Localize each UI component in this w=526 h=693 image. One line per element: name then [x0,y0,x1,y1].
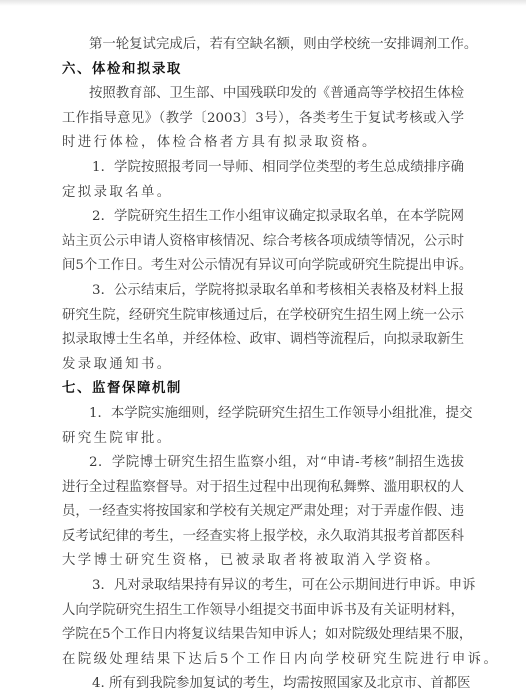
paragraph-line: 员，一经查实将按国家和学校有关规定严肃处理；对于弄虚作假、违 [62,500,464,525]
document-page: 第一轮复试完成后，若有空缺名额，则由学校统一安排调剂工作。 六、体检和拟录取 按… [62,33,464,693]
paragraph-line: 工作指导意见》（教学〔2003〕3号），各类考生于复试考核或入学 [62,107,464,132]
paragraph-line: 时进行体检，体检合格者方具有拟录取资格。 [62,131,464,156]
viewer-top-edge [0,0,526,6]
paragraph-line: 人向学院研究生招生工作领导小组提交书面申诉书及有关证明材料， [62,599,464,624]
paragraph-line: 拟录取博士生名单，并经体检、政审、调档等流程后，向拟录取新生 [62,328,464,353]
section-heading-6: 六、体检和拟录取 [62,58,464,83]
section-heading-7: 七、监督保障机制 [62,377,464,402]
list-item-line: 2．学院研究生招生工作小组审议确定拟录取名单，在本学院网 [62,205,464,230]
paragraph-line: 学院在5个工作日内将复议结果告知申诉人；如对院级处理结果不服， [62,623,464,648]
paragraph-line: 间5个工作日。考生对公示情况有异议可向学院或研究生院提出申诉。 [62,254,464,279]
paragraph-line: 按照教育部、卫生部、中国残联印发的《普通高等学校招生体检 [62,82,464,107]
paragraph-line: 站主页公示申请人资格审核情况、综合考核各项成绩等情况，公示时 [62,230,464,255]
paragraph-line: 研究生院，经研究生院审核通过后，在学校研究生招生网上统一公示 [62,304,464,329]
paragraph-line: 大学博士研究生资格，已被录取者将被取消入学资格。 [62,549,464,574]
list-item-line: 3．公示结束后，学院将拟录取名单和考核相关表格及材料上报 [62,279,464,304]
list-item-line: 1．本学院实施细则，经学院研究生招生工作领导小组批准，提交 [62,402,464,427]
list-item-line: 4. 所有到我院参加复试的考生，均需按照国家及北京市、首都医 [62,672,464,693]
paragraph-line: 发录取通知书。 [62,353,464,378]
paragraph-line: 反考试纪律的考生，一经查实将上报学校，永久取消其报考首都医科 [62,525,464,550]
list-item-line: 3．凡对录取结果持有异议的考生，可在公示期间进行申诉。申诉 [62,574,464,599]
paragraph-line: 进行全过程监察督导。对于招生过程中出现徇私舞弊、滥用职权的人 [62,476,464,501]
list-item-line: 2．学院博士研究生招生监察小组，对“申请-考核”制招生选拔 [62,451,464,476]
paragraph-line: 在院级处理结果下达后5个工作日内向学校研究生院进行申诉。 [62,648,464,673]
paragraph-line: 研究生院审批。 [62,427,464,452]
list-item-line: 1．学院按照报考同一导师、相同学位类型的考生总成绩排序确 [62,156,464,181]
paragraph-line: 定拟录取名单。 [62,181,464,206]
paragraph-line: 第一轮复试完成后，若有空缺名额，则由学校统一安排调剂工作。 [62,33,464,58]
